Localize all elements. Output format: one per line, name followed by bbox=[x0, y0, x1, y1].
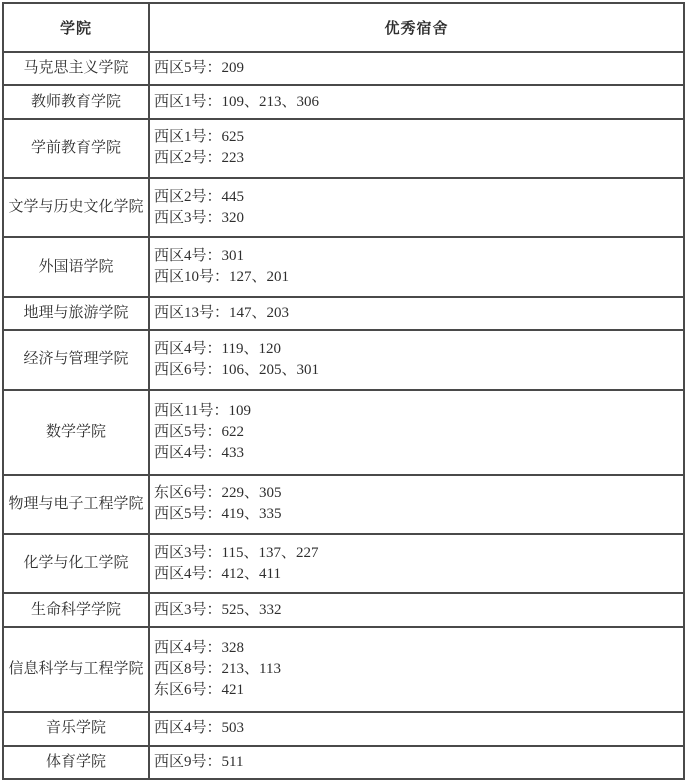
dorms-cell: 东区6号：229、305西区5号：419、335 bbox=[149, 475, 684, 534]
dorm-line: 西区10号：127、201 bbox=[154, 267, 677, 288]
dorms-cell: 西区4号：503 bbox=[149, 712, 684, 745]
table-row: 教师教育学院西区1号：109、213、306 bbox=[3, 85, 684, 118]
college-cell: 物理与电子工程学院 bbox=[3, 475, 149, 534]
college-cell: 音乐学院 bbox=[3, 712, 149, 745]
dorms-cell: 西区5号：209 bbox=[149, 52, 684, 85]
dorm-line: 西区1号：625 bbox=[154, 127, 677, 148]
dorm-line: 西区1号：109、213、306 bbox=[154, 92, 677, 113]
college-cell: 信息科学与工程学院 bbox=[3, 627, 149, 712]
college-cell: 地理与旅游学院 bbox=[3, 297, 149, 330]
dorm-line: 西区13号：147、203 bbox=[154, 303, 677, 324]
college-cell: 化学与化工学院 bbox=[3, 534, 149, 593]
dorms-cell: 西区2号：445西区3号：320 bbox=[149, 178, 684, 237]
college-cell: 马克思主义学院 bbox=[3, 52, 149, 85]
dorms-cell: 西区4号：328西区8号：213、113东区6号：421 bbox=[149, 627, 684, 712]
dorms-cell: 西区3号：525、332 bbox=[149, 593, 684, 626]
dorms-cell: 西区1号：625西区2号：223 bbox=[149, 119, 684, 178]
dorms-cell: 西区11号：109西区5号：622西区4号：433 bbox=[149, 390, 684, 475]
dorm-line: 西区3号：115、137、227 bbox=[154, 543, 677, 564]
dorm-line: 西区4号：412、411 bbox=[154, 564, 677, 585]
college-cell: 体育学院 bbox=[3, 746, 149, 779]
dorm-line: 西区4号：433 bbox=[154, 443, 677, 464]
dorm-line: 西区5号：622 bbox=[154, 422, 677, 443]
dorms-cell: 西区13号：147、203 bbox=[149, 297, 684, 330]
table-row: 地理与旅游学院西区13号：147、203 bbox=[3, 297, 684, 330]
table-row: 信息科学与工程学院西区4号：328西区8号：213、113东区6号：421 bbox=[3, 627, 684, 712]
dorm-line: 东区6号：421 bbox=[154, 680, 677, 701]
dorm-line: 西区3号：525、332 bbox=[154, 600, 677, 621]
dorm-line: 西区3号：320 bbox=[154, 208, 677, 229]
college-cell: 文学与历史文化学院 bbox=[3, 178, 149, 237]
dorm-line: 西区5号：419、335 bbox=[154, 504, 677, 525]
college-cell: 学前教育学院 bbox=[3, 119, 149, 178]
table-row: 文学与历史文化学院西区2号：445西区3号：320 bbox=[3, 178, 684, 237]
dorm-line: 东区6号：229、305 bbox=[154, 483, 677, 504]
page: 学院 优秀宿舍 马克思主义学院西区5号：209教师教育学院西区1号：109、21… bbox=[0, 0, 686, 784]
college-cell: 生命科学学院 bbox=[3, 593, 149, 626]
dorm-line: 西区5号：209 bbox=[154, 58, 677, 79]
dorms-cell: 西区3号：115、137、227西区4号：412、411 bbox=[149, 534, 684, 593]
dorm-line: 西区11号：109 bbox=[154, 401, 677, 422]
dorm-line: 西区2号：223 bbox=[154, 148, 677, 169]
dorm-line: 西区4号：301 bbox=[154, 246, 677, 267]
dorm-line: 西区9号：511 bbox=[154, 752, 677, 773]
table-row: 数学学院西区11号：109西区5号：622西区4号：433 bbox=[3, 390, 684, 475]
college-cell: 经济与管理学院 bbox=[3, 330, 149, 389]
dorm-line: 西区8号：213、113 bbox=[154, 659, 677, 680]
table-row: 外国语学院西区4号：301西区10号：127、201 bbox=[3, 237, 684, 296]
dorm-line: 西区6号：106、205、301 bbox=[154, 360, 677, 381]
college-cell: 教师教育学院 bbox=[3, 85, 149, 118]
dorms-cell: 西区1号：109、213、306 bbox=[149, 85, 684, 118]
dorm-line: 西区4号：328 bbox=[154, 638, 677, 659]
table-row: 物理与电子工程学院东区6号：229、305西区5号：419、335 bbox=[3, 475, 684, 534]
dorm-line: 西区2号：445 bbox=[154, 187, 677, 208]
table-header: 学院 优秀宿舍 bbox=[3, 3, 684, 52]
table-row: 化学与化工学院西区3号：115、137、227西区4号：412、411 bbox=[3, 534, 684, 593]
table-body: 马克思主义学院西区5号：209教师教育学院西区1号：109、213、306学前教… bbox=[3, 52, 684, 779]
table-row: 体育学院西区9号：511 bbox=[3, 746, 684, 779]
table-row: 学前教育学院西区1号：625西区2号：223 bbox=[3, 119, 684, 178]
college-cell: 外国语学院 bbox=[3, 237, 149, 296]
dorms-cell: 西区9号：511 bbox=[149, 746, 684, 779]
dorms-cell: 西区4号：119、120西区6号：106、205、301 bbox=[149, 330, 684, 389]
table-row: 经济与管理学院西区4号：119、120西区6号：106、205、301 bbox=[3, 330, 684, 389]
table-row: 马克思主义学院西区5号：209 bbox=[3, 52, 684, 85]
college-cell: 数学学院 bbox=[3, 390, 149, 475]
dorm-line: 西区4号：503 bbox=[154, 718, 677, 739]
header-college: 学院 bbox=[3, 3, 149, 52]
table-row: 音乐学院西区4号：503 bbox=[3, 712, 684, 745]
header-dorms: 优秀宿舍 bbox=[149, 3, 684, 52]
dorm-table: 学院 优秀宿舍 马克思主义学院西区5号：209教师教育学院西区1号：109、21… bbox=[2, 2, 685, 780]
dorms-cell: 西区4号：301西区10号：127、201 bbox=[149, 237, 684, 296]
dorm-line: 西区4号：119、120 bbox=[154, 339, 677, 360]
header-row: 学院 优秀宿舍 bbox=[3, 3, 684, 52]
table-row: 生命科学学院西区3号：525、332 bbox=[3, 593, 684, 626]
